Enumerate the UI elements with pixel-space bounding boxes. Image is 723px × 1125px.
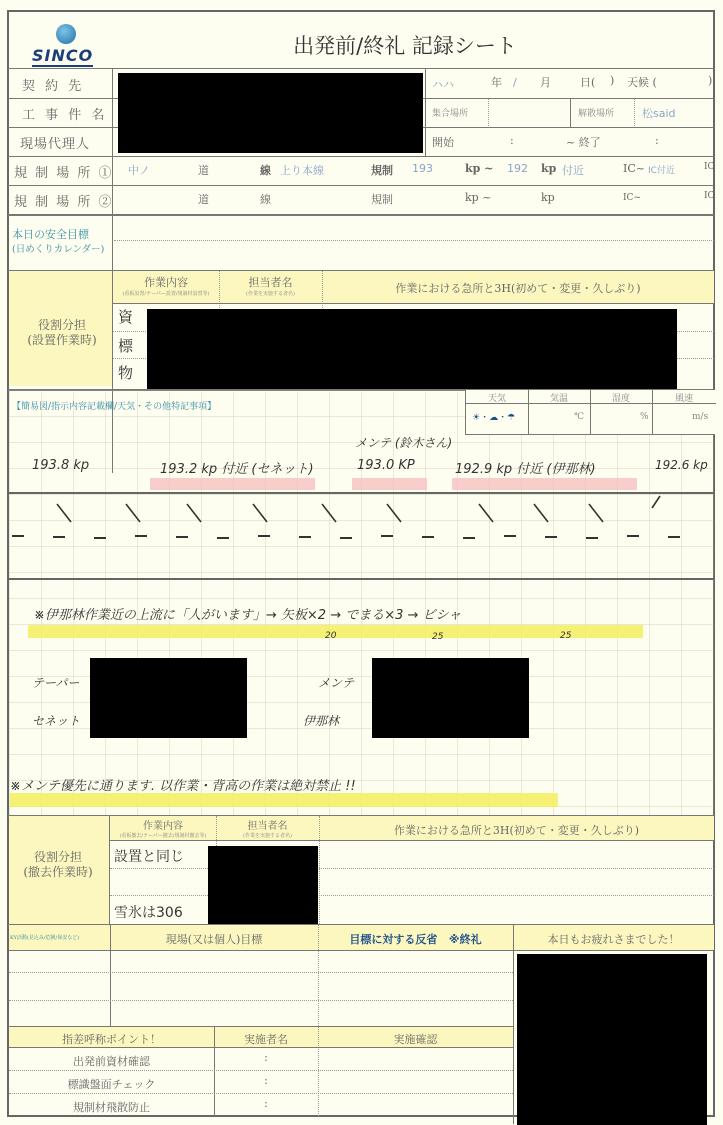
start-colon: : [510, 134, 514, 147]
kp-mark-2: 193.2 kp 付近 (セネット) [160, 458, 314, 477]
count-1: 20 [325, 631, 336, 641]
setup-section-label-line2: (設置作業時) [22, 333, 102, 348]
lane-diagram [9, 494, 714, 574]
ky-goal-header: 現場(又は個人)目標 [110, 931, 318, 947]
ky-reflection-header: 目標に対する反省 ※終礼 [318, 931, 513, 947]
check-row-3-name[interactable]: : [214, 1097, 318, 1110]
weather-header-humidity: 湿度 [590, 391, 652, 404]
reg1-kp-from[interactable]: 193 [412, 162, 433, 175]
month-unit: 月 [540, 74, 551, 90]
check-row-1-point: 出発前資材確認 [9, 1053, 214, 1069]
ky-thanks: 本日もお疲れさまでした！ [513, 931, 714, 947]
month-value[interactable]: / [513, 76, 517, 89]
start-time-label: 開始 [432, 134, 454, 150]
logo-text: SINCO [32, 46, 93, 67]
weather-icons[interactable]: ☀・☁・☂ [472, 410, 515, 423]
weather-header-temp: 気温 [528, 391, 590, 404]
reg1-kp-to[interactable]: 192 [507, 162, 528, 175]
day-close: ) [610, 74, 614, 87]
redacted-removal-person [208, 846, 318, 926]
highlight-pink-2 [352, 478, 427, 490]
site-agent-label: 現場代理人 [20, 133, 90, 152]
reg2-kp-unit1: kp ~ [465, 191, 491, 204]
reg2-ic-end: IC [704, 191, 714, 201]
highlight-yellow-warning [10, 793, 558, 807]
kp-mark-5: 192.6 kp [655, 458, 708, 472]
project-name-label: 工 事 件 名 [22, 104, 107, 123]
check-row-2-name[interactable]: : [214, 1074, 318, 1087]
kp-mark-1: 193.8 kp [32, 458, 89, 473]
reg1-kp-unit2: kp [541, 162, 556, 175]
reg2-line-unit: 線 [260, 191, 271, 207]
dismiss-place-value[interactable]: 松said [642, 105, 676, 121]
warning-note: ※メンテ優先に通ります. 以作業・背高の作業は絶対禁止 !! [10, 775, 356, 794]
weather-label: 天候 ( [627, 74, 657, 90]
removal-row-1-work[interactable]: 設置と同じ [114, 846, 184, 866]
reg1-road-value[interactable]: 中ノ [128, 162, 150, 178]
notes-area[interactable] [9, 390, 714, 815]
removal-section-label: 役割分担 (撤去作業時) [18, 850, 98, 880]
redacted-assign-2 [372, 658, 529, 738]
assign-label-maint: メンテ [318, 674, 354, 691]
weather-header-weather: 天気 [466, 391, 528, 404]
redacted-contractor-info [118, 73, 423, 153]
checks-header-confirm: 実施確認 [318, 1031, 513, 1047]
redacted-setup-assignments [147, 309, 677, 389]
redacted-signature-area [517, 954, 707, 1125]
assign-label-senet: セネット [32, 712, 80, 729]
notes-heading: 【簡易図/指示内容記載欄/天気・その他特記事項】 [12, 399, 216, 412]
reg1-ic-end: IC [704, 162, 714, 172]
reg1-line-hand[interactable]: 上り本線 [280, 162, 324, 178]
wind-unit: m/s [692, 412, 708, 422]
setup-col-person-header: 担当者名 (作業を実施する者名) [219, 274, 322, 297]
removal-section-label-line1: 役割分担 [18, 850, 98, 865]
highlight-pink-3 [452, 478, 637, 490]
kp-mark-3: 193.0 KP [357, 458, 415, 473]
removal-col-person-title: 担当者名 [216, 817, 319, 832]
check-row-1-name[interactable]: : [214, 1051, 318, 1064]
removal-col-work-header: 作業内容 (看板撤去/テーパー撤去/規制材撤去等) [110, 817, 216, 839]
weather-close: ) [708, 74, 712, 87]
safety-goal-label: 本日の安全目標 (日めくりカレンダー) [12, 227, 104, 257]
assign-label-inabayashi: 伊那林 [303, 712, 339, 729]
reg1-kp-unit1: kp ~ [465, 162, 493, 175]
removal-col-person-subtitle: (作業を実施する者名) [216, 832, 319, 839]
humidity-unit: % [640, 412, 649, 422]
day-unit: 日( [580, 74, 595, 90]
setup-col-person-subtitle: (作業を実施する者名) [219, 290, 322, 297]
setup-section-label: 役割分担 (設置作業時) [22, 318, 102, 348]
setup-col-work-header: 作業内容 (看板設置/テーパー設置/規制材設置等) [113, 274, 219, 297]
setup-row-2-work[interactable]: 標 [118, 335, 133, 356]
page-title: 出発前/終礼 記録シート [230, 30, 580, 60]
weather-header-wind: 風速 [652, 391, 716, 404]
reg1-ic-value[interactable]: IC付近 [648, 163, 675, 176]
safety-goal-label-line2: (日めくりカレンダー) [12, 242, 104, 257]
dismiss-place-label: 解散場所 [578, 106, 614, 119]
check-row-2-point: 標識盤面チェック [9, 1076, 214, 1092]
reg2-reg-label: 規制 [371, 191, 393, 207]
reg1-road-unit: 道 [198, 162, 209, 178]
check-row-3-point: 規制材飛散防止 [9, 1099, 214, 1115]
removal-col-work-title: 作業内容 [110, 817, 216, 832]
contractor-label: 契 約 先 [22, 75, 84, 94]
ky-reflection-title: 目標に対する反省 [349, 933, 437, 946]
year-value[interactable]: ハハ [432, 76, 454, 92]
company-logo: SINCO [28, 22, 108, 66]
setup-col-person-title: 担当者名 [219, 274, 322, 290]
count-2: 25 [432, 632, 443, 642]
removal-row-3-work[interactable]: 雪氷は306 [114, 902, 183, 922]
reg2-road-unit: 道 [198, 191, 209, 207]
removal-col-hazard-header: 作業における急所と3H(初めて・変更・久しぶり) [319, 822, 714, 838]
checks-header-point: 指差呼称ポイント！ [9, 1031, 214, 1047]
reg1-line-unit: 線 [260, 162, 271, 178]
maintenance-note: メンテ (鈴木さん) [355, 434, 452, 451]
end-time-label: ~ 終了 [566, 134, 601, 150]
setup-col-work-subtitle: (看板設置/テーパー設置/規制材設置等) [113, 290, 219, 297]
regulation-location-2-label: 規 制 場 所 ② [14, 191, 114, 210]
ky-label: KY活動(見込み/危険/保安など) [10, 934, 109, 941]
end-colon: : [655, 134, 659, 147]
setup-section-label-line1: 役割分担 [22, 318, 102, 333]
removal-section-label-line2: (撤去作業時) [18, 865, 98, 880]
redacted-assign-1 [90, 658, 247, 738]
safety-goal-label-line1: 本日の安全目標 [12, 227, 104, 242]
regulation-location-1-label: 規 制 場 所 ① [14, 162, 114, 181]
checks-header-name: 実施者名 [214, 1031, 318, 1047]
count-3: 25 [560, 631, 571, 641]
removal-col-work-subtitle: (看板撤去/テーパー撤去/規制材撤去等) [110, 832, 216, 839]
highlight-pink-1 [150, 478, 315, 490]
globe-icon [56, 24, 76, 44]
year-unit: 年 [491, 74, 502, 90]
reg1-reg-label: 規制 [371, 162, 393, 178]
meeting-place-label: 集合場所 [432, 106, 468, 119]
setup-col-hazard-header: 作業における急所と3H(初めて・変更・久しぶり) [322, 280, 714, 296]
reg1-kp-note[interactable]: 付近 [562, 162, 584, 178]
ky-closing-note: ※終礼 [449, 933, 482, 946]
reg1-ic-label: IC~ [623, 162, 645, 175]
assign-label-taper: テーパー [32, 674, 79, 691]
setup-row-1-work[interactable]: 資 [118, 306, 133, 327]
removal-col-person-header: 担当者名 (作業を実施する者名) [216, 817, 319, 839]
setup-row-3-work[interactable]: 物 [118, 362, 133, 383]
reg2-kp-unit2: kp [541, 191, 555, 204]
setup-col-work-title: 作業内容 [113, 274, 219, 290]
kp-mark-4: 192.9 kp 付近 (伊那林) [455, 458, 596, 477]
temp-unit: ℃ [574, 412, 584, 422]
reg2-ic-label: IC~ [623, 193, 641, 203]
instruction-note: ※伊那林作業近の上流に「人がいます」→ 矢板×2 → でまる×3 → ビシャ [34, 604, 461, 623]
weather-table: 天気 気温 湿度 風速 ☀・☁・☂ ℃ % m/s [465, 390, 715, 435]
